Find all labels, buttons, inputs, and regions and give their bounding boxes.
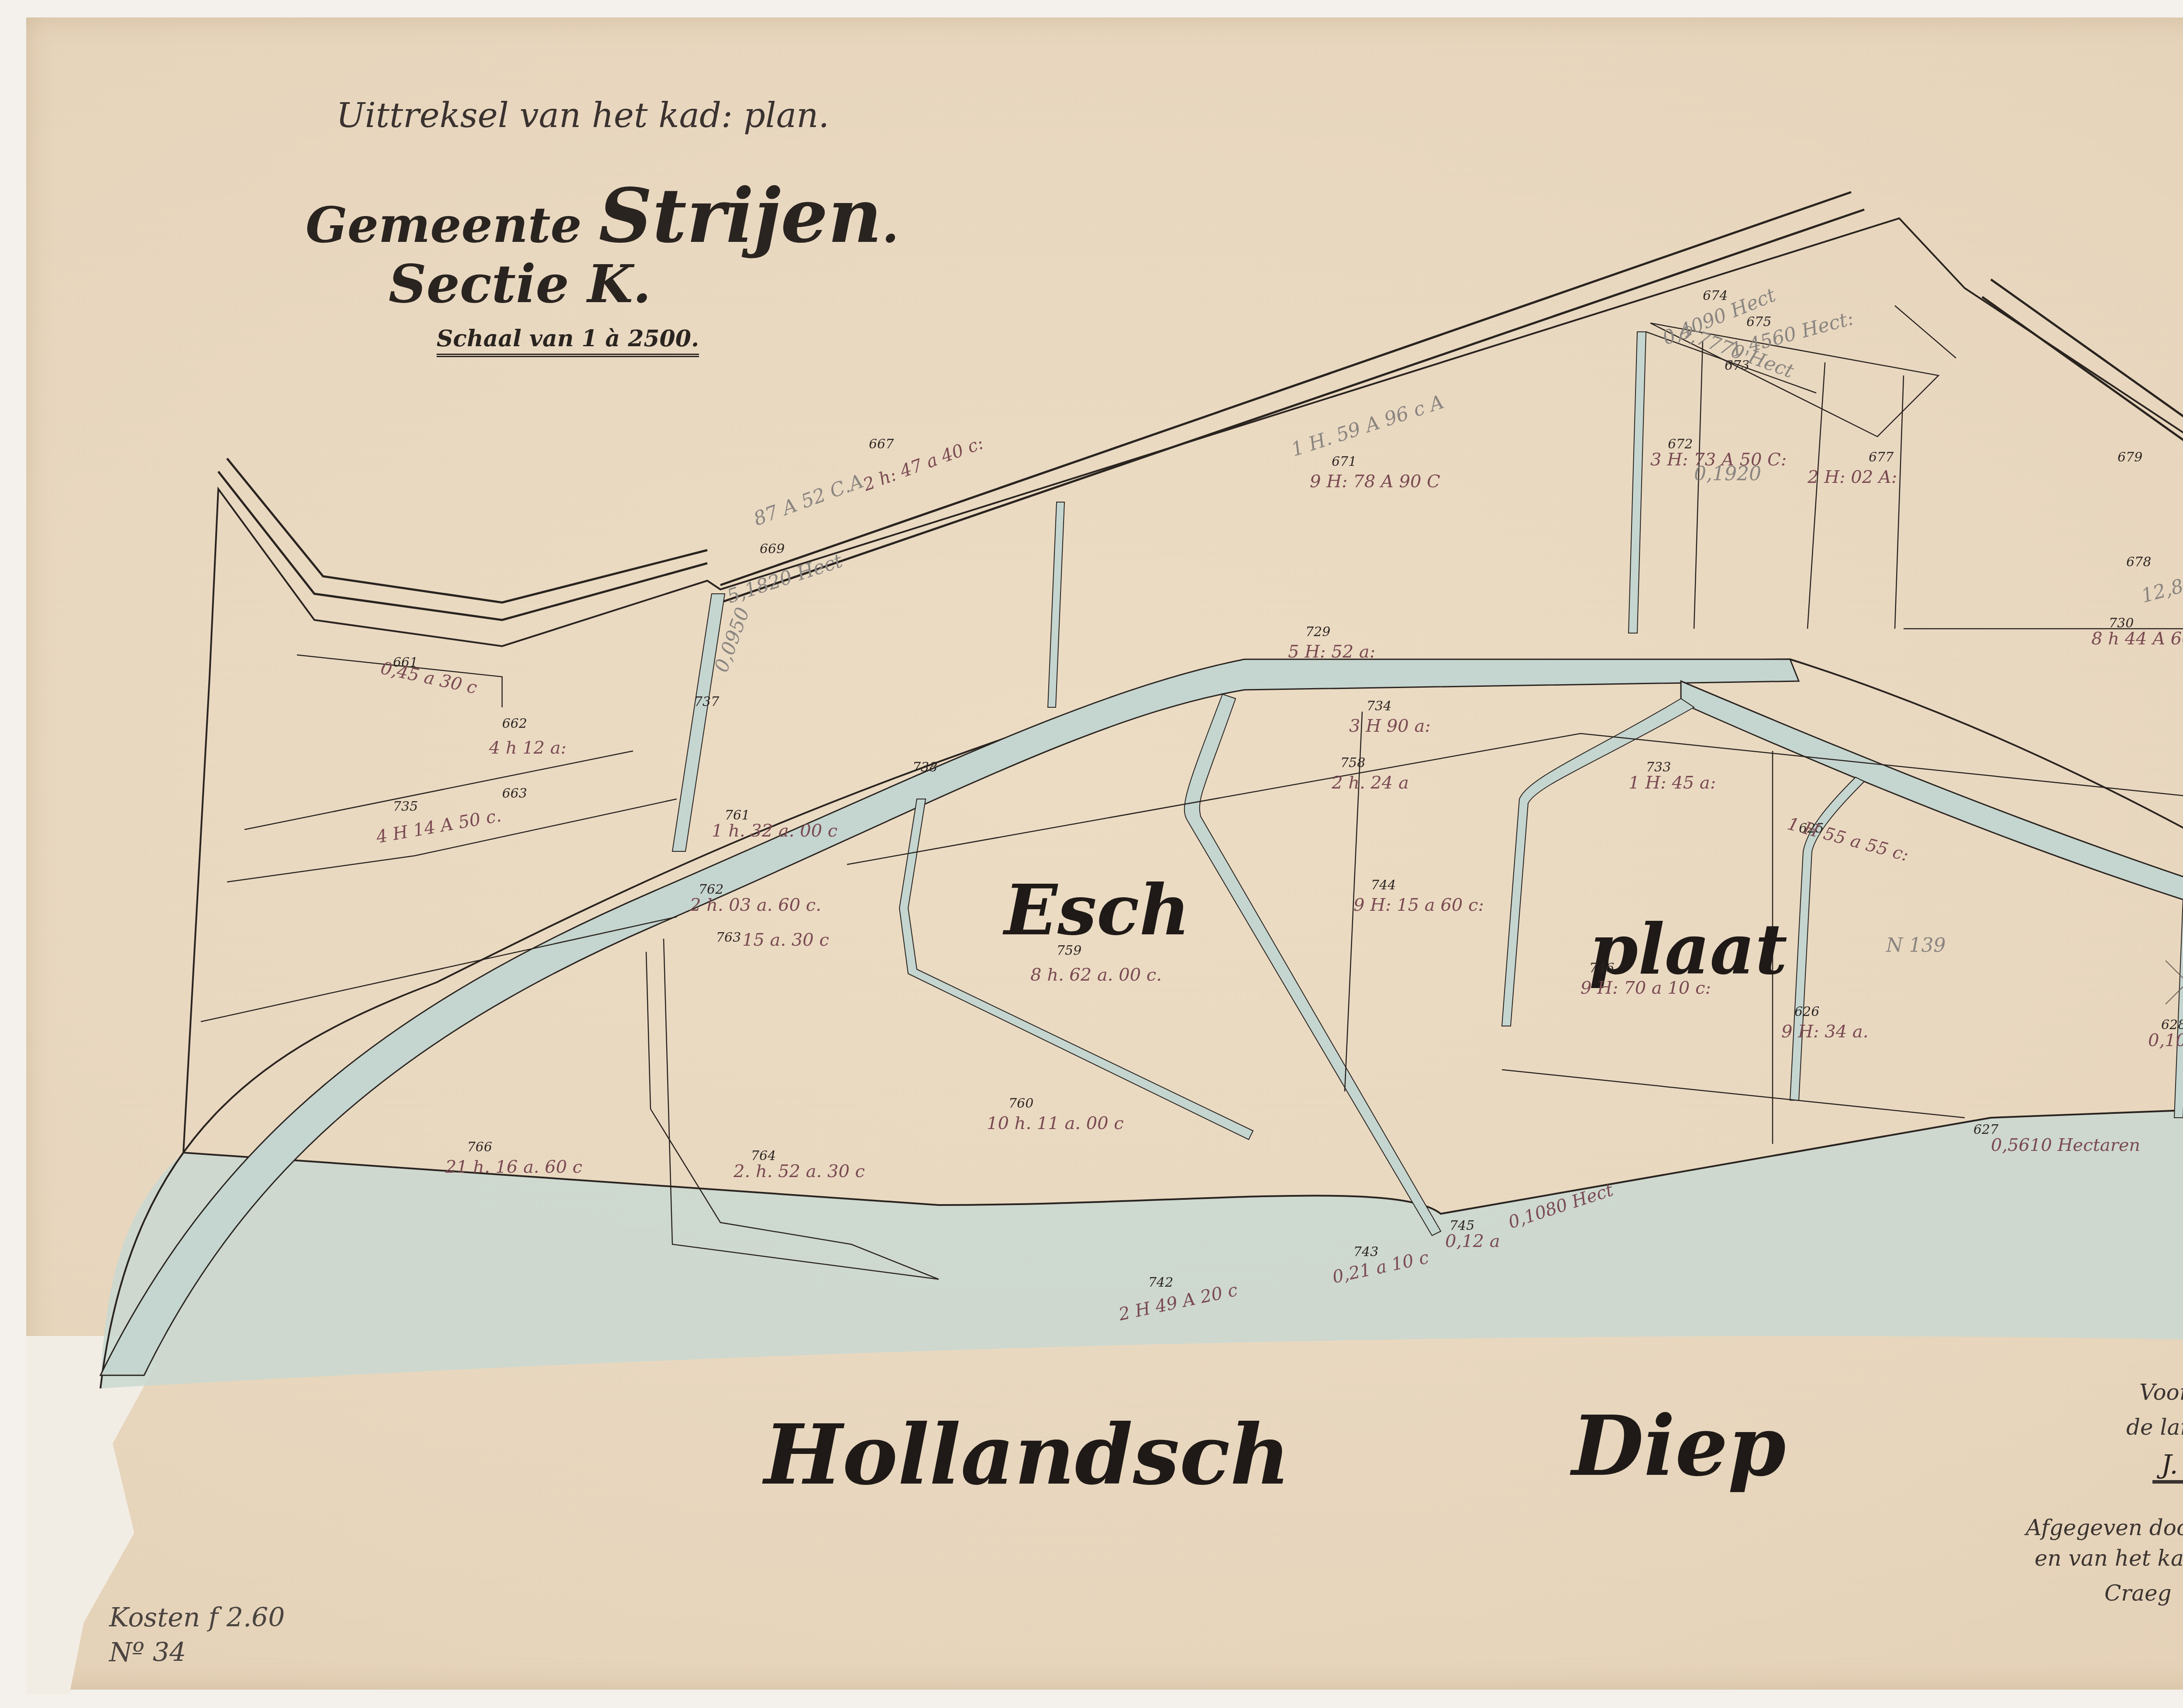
parcel-number: 738 xyxy=(912,760,937,775)
parcel-area: 10 h. 11 a. 00 c xyxy=(987,1113,1124,1133)
ditch-3 xyxy=(1629,332,1646,633)
municipality-suffix: . xyxy=(882,196,899,254)
certification-line-1: Voor Extract Conform xyxy=(2139,1380,2183,1405)
parcel-area: 0,5610 Hectaren xyxy=(1991,1135,2140,1155)
parcel-area: 21 h. 16 a. 60 c xyxy=(445,1157,582,1177)
parcel-number: 742 xyxy=(1148,1275,1173,1290)
parcel-number: 735 xyxy=(393,799,418,814)
parcel-number: 759 xyxy=(1057,943,1081,958)
parcel-number: 662 xyxy=(502,716,527,731)
parcel-number: 746 xyxy=(1589,961,1614,976)
water-label-diep: Diep xyxy=(1572,1397,1786,1494)
map-title-municipality: Gemeente Strijen. xyxy=(306,172,899,260)
issued-line-1: Afgegeven door mij bewaarder der hypothe… xyxy=(2026,1515,2183,1540)
map-scale: Schaal van 1 à 2500. xyxy=(437,325,699,357)
parcel-number: 734 xyxy=(1367,699,1391,714)
parcel-area: 9 H: 15 a 60 c: xyxy=(1353,895,1484,915)
parcel-number: 674 xyxy=(1703,288,1728,303)
parcel-area: 4 h 12 a: xyxy=(489,738,567,758)
parcel-number: 763 xyxy=(716,930,741,945)
municipality-prefix: Gemeente xyxy=(306,196,582,254)
map-title-section: Sectie K. xyxy=(389,253,651,315)
parcel-area: 15 a. 30 c xyxy=(742,930,829,950)
parcel-area: 0,12 a xyxy=(1445,1231,1500,1251)
parcel-number: 675 xyxy=(1746,314,1771,330)
ditch-8 xyxy=(2174,899,2183,1118)
parcel-number: 737 xyxy=(694,694,719,709)
parcel-area: 8 h. 62 a. 00 c. xyxy=(1030,965,1162,985)
parcel-number: 677 xyxy=(1869,450,1894,465)
parcel-area: 0,1015 xyxy=(2148,1030,2183,1050)
parcel-area: 2 H: 02 A: xyxy=(1808,467,1897,487)
dike-left xyxy=(218,458,707,620)
parcel-number: 671 xyxy=(1332,454,1357,469)
parcel-area: 1 h. 32 a. 00 c xyxy=(712,821,837,841)
parcel-area: 9 H: 70 a 10 c: xyxy=(1580,978,1711,998)
parcel-number: 679 xyxy=(2118,450,2142,465)
water-label-hollandsch: Hollandsch xyxy=(764,1406,1291,1503)
certification-line-2: de landmeter v/h kadaster xyxy=(2126,1415,2183,1440)
surveyor-signature: J. A. de Haan xyxy=(2152,1450,2183,1484)
parcel-area: 2. h. 52 a. 30 c xyxy=(733,1161,865,1181)
parcel-number: 758 xyxy=(1340,755,1365,771)
pencil-note-n139: N 139 xyxy=(1886,934,1945,957)
registrar-signature: Craeg xyxy=(2104,1581,2172,1606)
parcel-area: 2 h. 03 a. 60 c. xyxy=(690,895,821,915)
parcel-area: 3 H 90 a: xyxy=(1349,716,1431,736)
parcel-number: 667 xyxy=(869,437,894,452)
parcel-number: 760 xyxy=(1009,1096,1033,1111)
region-label-esch: Esch xyxy=(1004,869,1190,951)
parcel-area: 5 H: 52 a: xyxy=(1288,642,1375,662)
map-title-extract: Uittreksel van het kad: plan. xyxy=(336,96,829,135)
parcel-area: 2 h. 24 a xyxy=(1332,773,1409,793)
ditch-2 xyxy=(1048,502,1064,707)
cost-note: Kosten f 2.60 xyxy=(109,1602,285,1633)
parcel-number: 678 xyxy=(2126,554,2151,570)
river-hollandsch-diep xyxy=(100,1083,2183,1388)
parcel-number: 744 xyxy=(1371,878,1396,893)
document-number: Nº 34 xyxy=(109,1637,186,1668)
municipality-name: Strijen xyxy=(599,172,882,260)
parcel-number: 663 xyxy=(502,786,527,801)
parcel-area: 8 h 44 A 60 c: xyxy=(2091,629,2183,649)
issued-line-2: en van het kadaster te Dordrecht den 8. … xyxy=(2035,1546,2183,1571)
parcel-number: 743 xyxy=(1353,1244,1378,1260)
parcel-area: 9 H: 34 a. xyxy=(1781,1022,1868,1042)
ditch-1 xyxy=(672,594,725,851)
parcel-area: 1 H: 45 a: xyxy=(1629,773,1716,793)
parcel-number: 766 xyxy=(467,1140,492,1155)
parcel-area: 9 H: 78 A 90 C xyxy=(1310,472,1440,492)
parcel-number: 729 xyxy=(1305,624,1330,640)
parcel-area: 0,1920 xyxy=(1694,463,1761,485)
dike-right xyxy=(1982,279,2183,620)
parcel-number: 626 xyxy=(1794,1004,1819,1019)
parcel-number: 669 xyxy=(760,541,785,557)
